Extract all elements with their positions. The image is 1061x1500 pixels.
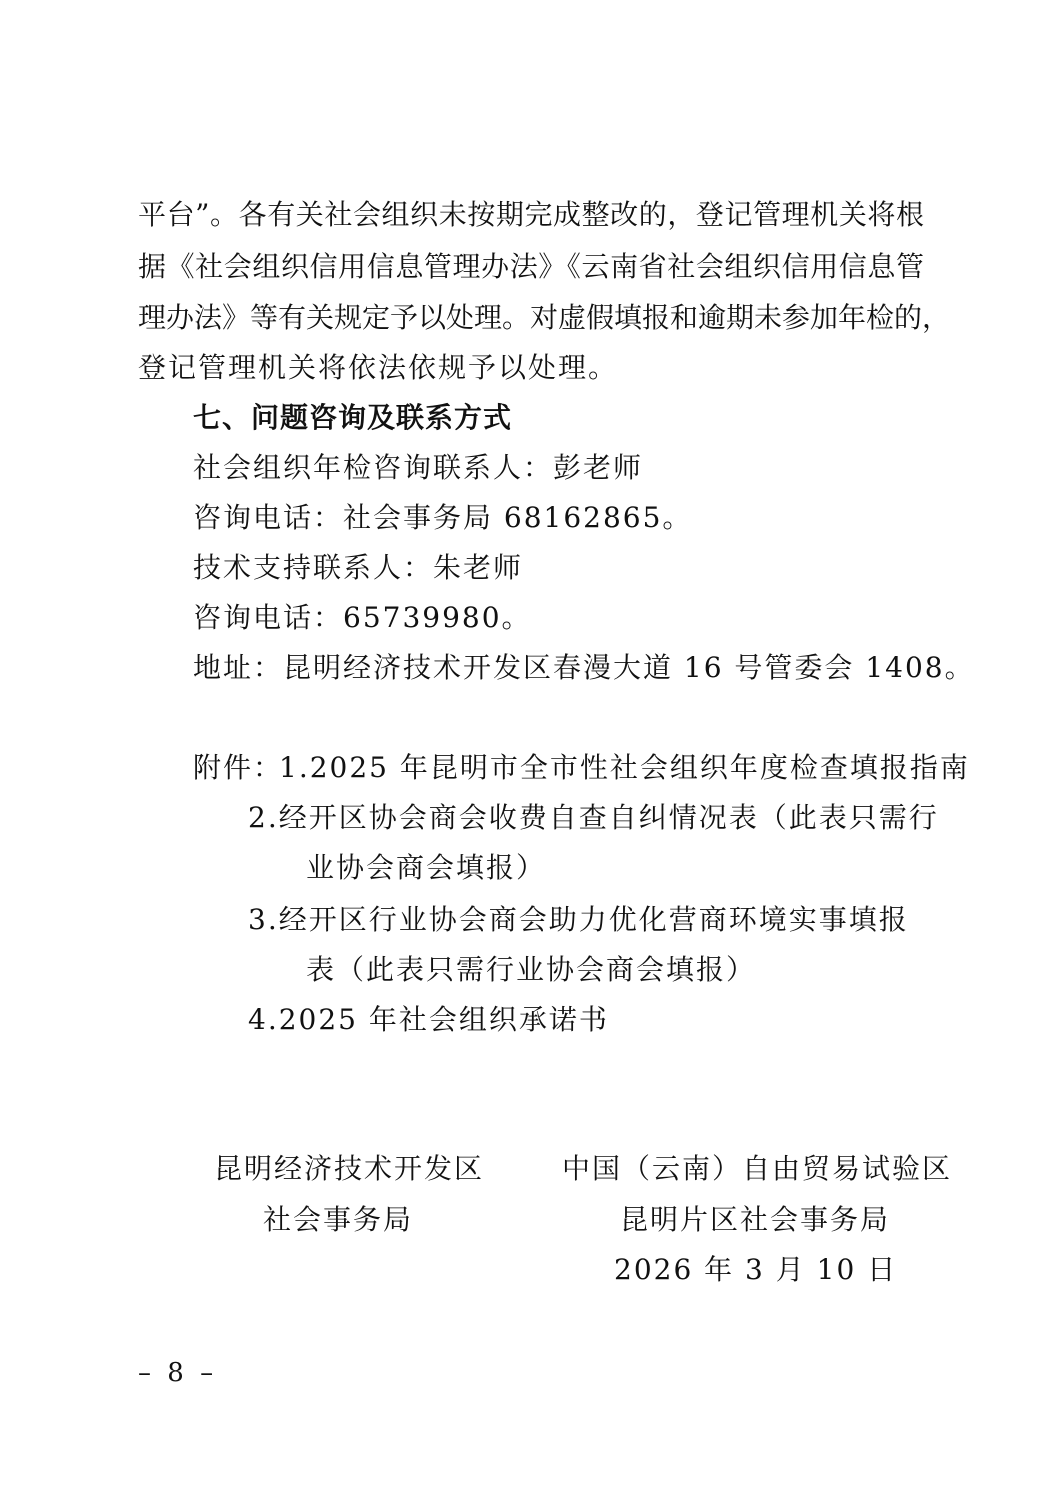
- address: 地址：昆明经济技术开发区春漫大道 16 号管委会 1408。: [193, 651, 975, 685]
- tech-support-person: 技术支持联系人：朱老师: [193, 551, 523, 585]
- issuer-left-line2: 社会事务局: [263, 1203, 413, 1237]
- issuer-right-line2: 昆明片区社会事务局: [620, 1203, 890, 1237]
- attachments-label: 附件：: [193, 751, 283, 785]
- attachment-item: 3.经开区行业协会商会助力优化营商环境实事填报: [248, 903, 909, 937]
- attachment-item: 1.2025 年昆明市全市性社会组织年度检查填报指南: [279, 751, 970, 785]
- paragraph-line: 据《社会组织信用信息管理办法》《云南省社会组织信用信息管: [138, 250, 924, 284]
- paragraph-line: 平台”。各有关社会组织未按期完成整改的，登记管理机关将根: [138, 198, 924, 232]
- contact-phone: 咨询电话：社会事务局 68162865。: [193, 501, 692, 535]
- section-heading: 七、问题咨询及联系方式: [193, 401, 512, 435]
- issue-date: 2026 年 3 月 10 日: [614, 1253, 897, 1287]
- contact-person: 社会组织年检咨询联系人：彭老师: [193, 451, 643, 485]
- tech-support-phone: 咨询电话：65739980。: [193, 601, 532, 635]
- attachment-item: 业协会商会填报）: [306, 851, 546, 885]
- issuer-right-line1: 中国（云南）自由贸易试验区: [562, 1152, 952, 1186]
- paragraph-line: 登记管理机关将依法依规予以处理。: [138, 351, 618, 385]
- attachment-item: 表（此表只需行业协会商会填报）: [306, 953, 756, 987]
- page-number: – 8 –: [138, 1358, 217, 1388]
- paragraph-line: 理办法》等有关规定予以处理。对虚假填报和逾期未参加年检的，: [138, 301, 924, 335]
- issuer-left-line1: 昆明经济技术开发区: [214, 1152, 484, 1186]
- attachment-item: 2.经开区协会商会收费自查自纠情况表（此表只需行: [248, 801, 939, 835]
- attachment-item: 4.2025 年社会组织承诺书: [248, 1003, 609, 1037]
